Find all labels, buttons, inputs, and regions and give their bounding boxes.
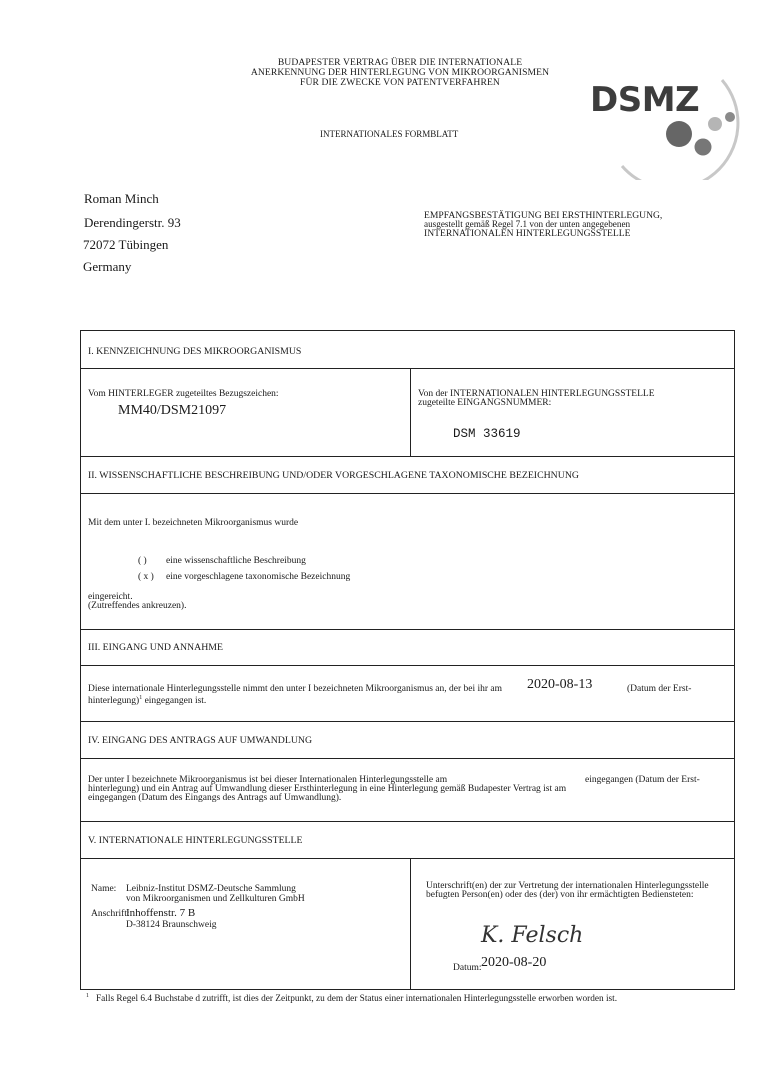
section-4-line-3: eingegangen (Datum des Eingangs des Antr… (88, 793, 341, 803)
divider (81, 821, 734, 822)
receipt-title-line-3: INTERNATIONALEN HINTERLEGUNGSSTELLE (424, 229, 662, 238)
section-2-heading: II. WISSENSCHAFTLICHE BESCHREIBUNG UND/O… (88, 471, 579, 481)
section-3-text-after: (Datum der Erst- (627, 684, 691, 694)
footnote-text: Falls Regel 6.4 Buchstabe d zutrifft, is… (96, 994, 617, 1004)
section-2-instruction: (Zutreffendes ankreuzen). (88, 601, 186, 611)
section-1-heading: I. KENNZEICHNUNG DES MIKROORGANISMUS (88, 347, 301, 357)
option-taxonomic-designation-label: eine vorgeschlagene taxonomische Bezeich… (166, 572, 350, 582)
authority-address-line-1: Inhoffenstr. 7 B (126, 908, 195, 918)
divider (81, 758, 734, 759)
divider (81, 368, 734, 369)
section-3-heading: III. EINGANG UND ANNAHME (88, 643, 223, 653)
receipt-title: EMPFANGSBESTÄTIGUNG BEI ERSTHINTERLEGUNG… (424, 211, 662, 238)
signature-label-line-2: befugten Person(en) oder des (der) von i… (426, 890, 694, 900)
footnote: 1 Falls Regel 6.4 Buchstabe d zutrifft, … (86, 993, 617, 1004)
column-divider (410, 858, 411, 989)
recipient-city: 72072 Tübingen (83, 237, 168, 253)
divider (81, 665, 734, 666)
authority-address-label: Anschrift: (91, 909, 130, 919)
section-3-line-2: hinterlegung)1 eingegangen ist. (88, 693, 206, 706)
option-scientific-description-checkbox[interactable]: ( ) (138, 556, 147, 566)
divider (81, 858, 734, 859)
dsmz-logo: DSMZ (582, 68, 742, 180)
form-title: INTERNATIONALES FORMBLATT (320, 129, 458, 139)
section-3-line-2-text: hinterlegung) (88, 696, 139, 706)
recipient-street: Derendingerstr. 93 (84, 215, 181, 231)
authority-name-line-1: Leibniz-Institut DSMZ-Deutsche Sammlung (126, 884, 296, 894)
section-4-heading: IV. EINGANG DES ANTRAGS AUF UMWANDLUNG (88, 736, 312, 746)
signature-date: 2020-08-20 (481, 958, 546, 968)
divider (81, 629, 734, 630)
section-5-heading: V. INTERNATIONALE HINTERLEGUNGSSTELLE (88, 836, 303, 846)
accession-number: DSM 33619 (453, 429, 521, 439)
form-table: I. KENNZEICHNUNG DES MIKROORGANISMUS Vom… (80, 330, 735, 990)
treaty-title: BUDAPESTER VERTRAG ÜBER DIE INTERNATIONA… (230, 58, 570, 88)
section-2-intro: Mit dem unter I. bezeichneten Mikroorgan… (88, 518, 298, 528)
footnote-marker: 1 (86, 993, 89, 999)
treaty-line-3: FÜR DIE ZWECKE VON PATENTVERFAHREN (230, 78, 570, 88)
option-scientific-description-label: eine wissenschaftliche Beschreibung (166, 556, 306, 566)
first-deposit-date: 2020-08-13 (527, 680, 592, 690)
signature: K. Felsch (481, 923, 583, 948)
divider (81, 493, 734, 494)
signature-date-label: Datum: (453, 963, 482, 973)
depositor-ref-value: MM40/DSM21097 (118, 406, 226, 416)
recipient-country: Germany (83, 259, 131, 275)
authority-address-line-2: D-38124 Braunschweig (126, 920, 217, 930)
column-divider (410, 368, 411, 456)
accession-label-line-2: zugeteilte EINGANGSNUMMER: (418, 398, 551, 408)
divider (81, 721, 734, 722)
logo-text: DSMZ (590, 80, 699, 120)
option-taxonomic-designation-checkbox[interactable]: ( x ) (138, 572, 154, 582)
depositor-ref-label: Vom HINTERLEGER zugeteiltes Bezugszeiche… (88, 389, 279, 399)
authority-name-line-2: von Mikroorganismen und Zellkulturen Gmb… (126, 894, 305, 904)
authority-name-label: Name: (91, 884, 116, 894)
divider (81, 456, 734, 457)
recipient-name: Roman Minch (84, 191, 159, 207)
section-4-line-1-end: eingegangen (Datum der Erst- (585, 775, 700, 785)
section-3-line-2-end: eingegangen ist. (142, 696, 206, 706)
